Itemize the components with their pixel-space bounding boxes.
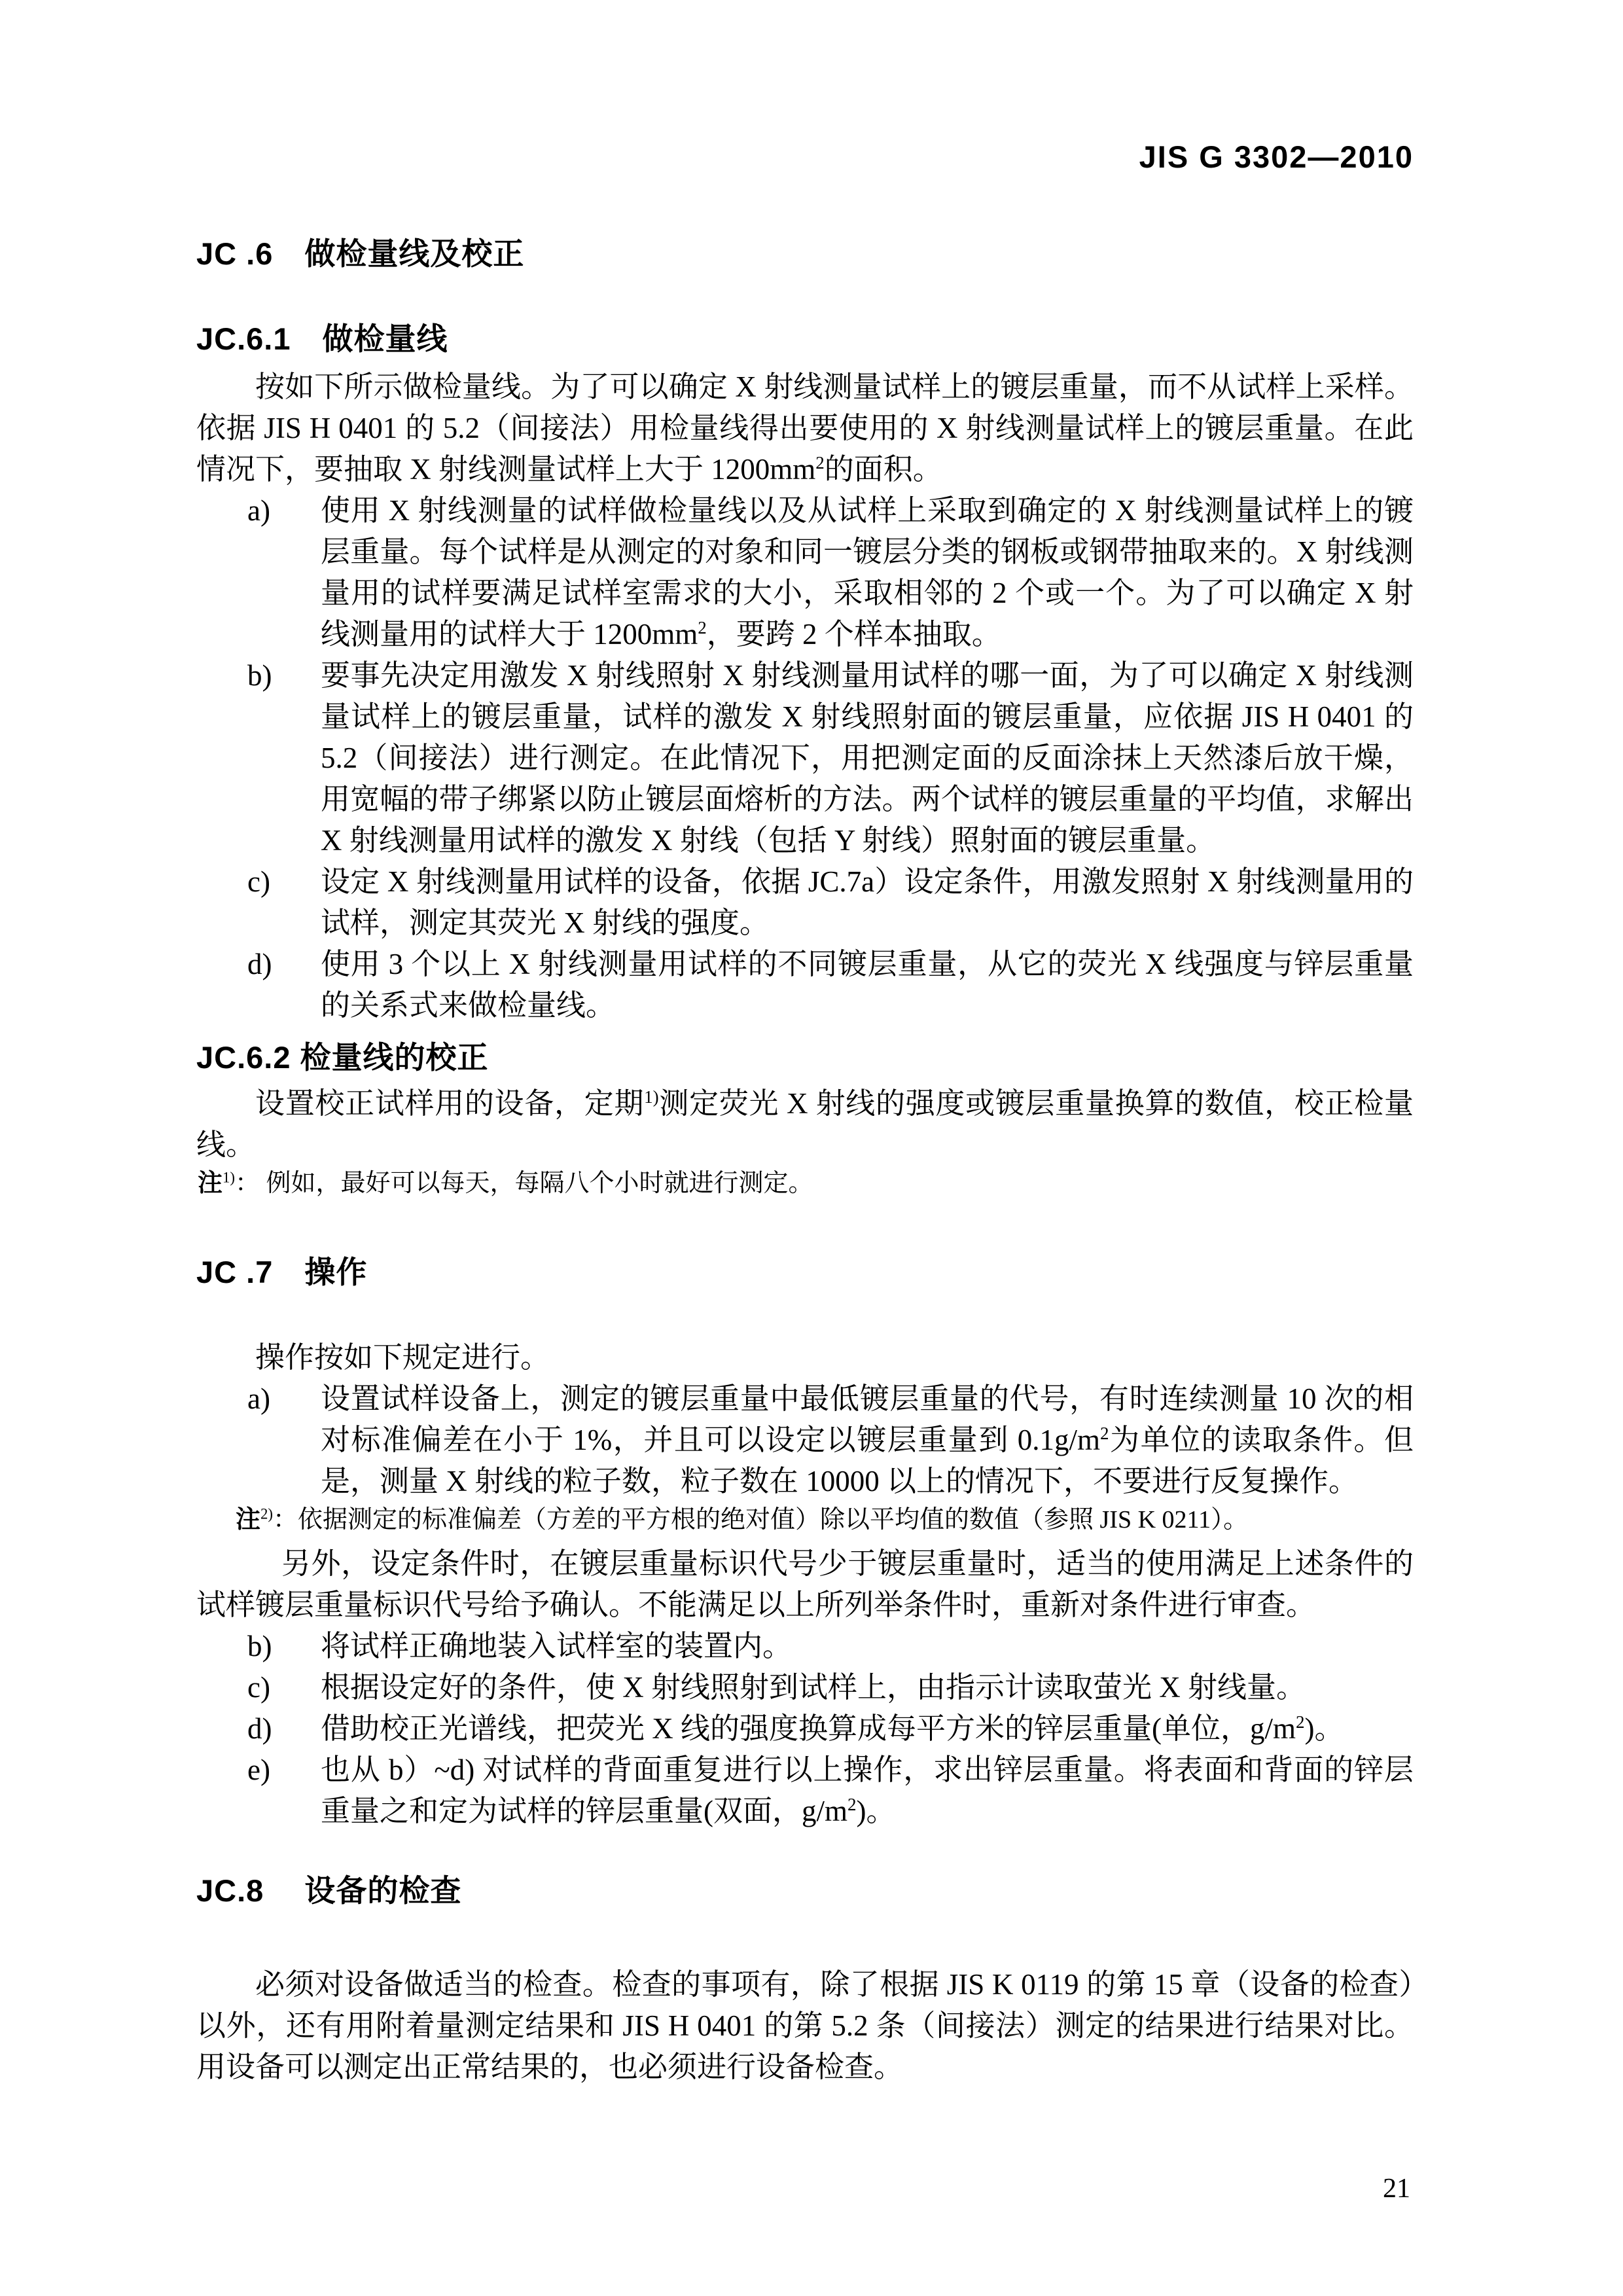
jc8-paragraph: 必须对设备做适当的检查。检查的事项有，除了根据 JIS K 0119 的第 15… [196, 1964, 1414, 2088]
item-text: 根据设定好的条件，使 X 射线照射到试样上，由指示计读取萤光 X 射线量。 [321, 1671, 1306, 1704]
superscript-gm2: 2 [1296, 1712, 1305, 1732]
footnote-label: 注 [236, 1506, 260, 1534]
footnote-text: ： 例如，最好可以每天，每隔八个小时就进行测定。 [235, 1170, 813, 1197]
item-text-end: ，要跨 2 个样本抽取。 [707, 618, 1001, 651]
item-label: a) [247, 490, 270, 531]
item-label: b) [247, 655, 272, 696]
jc7-additional-paragraph: 另外，设定条件时，在镀层重量标识代号少于镀层重量时，适当的使用满足上述条件的试样… [196, 1543, 1414, 1626]
footnote-text: ：依据测定的标准偏差（方差的平方根的绝对值）除以平均值的数值（参照 JIS K … [273, 1506, 1248, 1534]
heading-jc6: JC .6 做检量线及校正 [196, 236, 1414, 272]
jc7-intro-paragraph: 操作按如下规定进行。 [196, 1337, 1414, 1378]
item-text: 借助校正光谱线，把荧光 X 线的强度换算成每平方米的锌层重量(单位，g/m [321, 1712, 1296, 1745]
footnote-2: 注2)：依据测定的标准偏差（方差的平方根的绝对值）除以平均值的数值（参照 JIS… [236, 1502, 1414, 1538]
doc-number: JIS G 3302—2010 [1139, 139, 1414, 174]
superscript-1: 1) [223, 1169, 235, 1185]
superscript-gm2: 2 [1100, 1424, 1109, 1443]
jc6-1-intro-text-end: 的面积。 [825, 453, 942, 486]
jc7-item-c: c)根据设定好的条件，使 X 射线照射到试样上，由指示计读取萤光 X 射线量。 [196, 1667, 1414, 1708]
jc6-1-item-b: b)要事先决定用激发 X 射线照射 X 射线测量用试样的哪一面，为了可以确定 X… [196, 655, 1414, 861]
item-text: 设定 X 射线测量用试样的设备，依据 JC.7a）设定条件，用激发照射 X 射线… [321, 865, 1414, 939]
page-header: JIS G 3302—2010 [196, 141, 1414, 173]
jc6-2-paragraph: 设置校正试样用的设备，定期1)测定荧光 X 射线的强度或镀层重量换算的数值，校正… [196, 1083, 1414, 1166]
item-label: a) [247, 1378, 270, 1420]
item-label: d) [247, 1708, 272, 1749]
jc6-1-item-a: a)使用 X 射线测量的试样做检量线以及从试样上采取到确定的 X 射线测量试样上… [196, 490, 1414, 655]
item-label: c) [247, 861, 270, 903]
jc6-1-item-d: d)使用 3 个以上 X 射线测量用试样的不同镀层重量，从它的荧光 X 线强度与… [196, 944, 1414, 1026]
footnote-1: 注1)： 例如，最好可以每天，每隔八个小时就进行测定。 [198, 1166, 1414, 1202]
document-page: JIS G 3302—2010 JC .6 做检量线及校正 JC.6.1 做检量… [0, 0, 1623, 2296]
superscript-mm2: 2 [698, 618, 707, 637]
jc7-item-b: b)将试样正确地装入试样室的装置内。 [196, 1626, 1414, 1667]
item-text: 要事先决定用激发 X 射线照射 X 射线测量用试样的哪一面，为了可以确定 X 射… [321, 659, 1414, 857]
jc7-item-a: a)设置试样设备上，测定的镀层重量中最低镀层重量的代号，有时连续测量 10 次的… [196, 1378, 1414, 1502]
item-label: b) [247, 1626, 272, 1667]
footnote-label: 注 [198, 1170, 223, 1197]
heading-jc6-2: JC.6.2 检量线的校正 [196, 1039, 1414, 1075]
heading-jc6-1: JC.6.1 做检量线 [196, 321, 1414, 357]
jc6-2-text: 设置校正试样用的设备，定期 [255, 1087, 644, 1120]
item-text-end: )。 [1305, 1712, 1344, 1745]
item-label: e) [247, 1749, 270, 1791]
item-label: d) [247, 944, 272, 985]
jc6-1-item-c: c)设定 X 射线测量用试样的设备，依据 JC.7a）设定条件，用激发照射 X … [196, 861, 1414, 944]
superscript-2: 2) [260, 1505, 273, 1522]
jc6-1-intro-text: 按如下所示做检量线。为了可以确定 X 射线测量试样上的镀层重量，而不从试样上采样… [196, 370, 1414, 486]
page-number: 21 [1383, 2173, 1410, 2204]
jc7-item-d: d)借助校正光谱线，把荧光 X 线的强度换算成每平方米的锌层重量(单位，g/m2… [196, 1708, 1414, 1749]
item-text: 使用 3 个以上 X 射线测量用试样的不同镀层重量，从它的荧光 X 线强度与锌层… [321, 948, 1414, 1022]
jc7-item-e: e)也从 b）~d) 对试样的背面重复进行以上操作，求出锌层重量。将表面和背面的… [196, 1749, 1414, 1832]
jc6-1-intro-paragraph: 按如下所示做检量线。为了可以确定 X 射线测量试样上的镀层重量，而不从试样上采样… [196, 367, 1414, 490]
heading-jc8: JC.8 设备的检查 [196, 1873, 1414, 1909]
item-label: c) [247, 1667, 270, 1708]
item-text-end: )。 [857, 1795, 896, 1827]
superscript-note1-ref: 1) [644, 1087, 659, 1107]
superscript-gm2: 2 [847, 1795, 857, 1814]
item-text: 将试样正确地装入试样室的装置内。 [321, 1630, 792, 1662]
superscript-mm2: 2 [815, 453, 825, 473]
heading-jc7: JC .7 操作 [196, 1254, 1414, 1290]
